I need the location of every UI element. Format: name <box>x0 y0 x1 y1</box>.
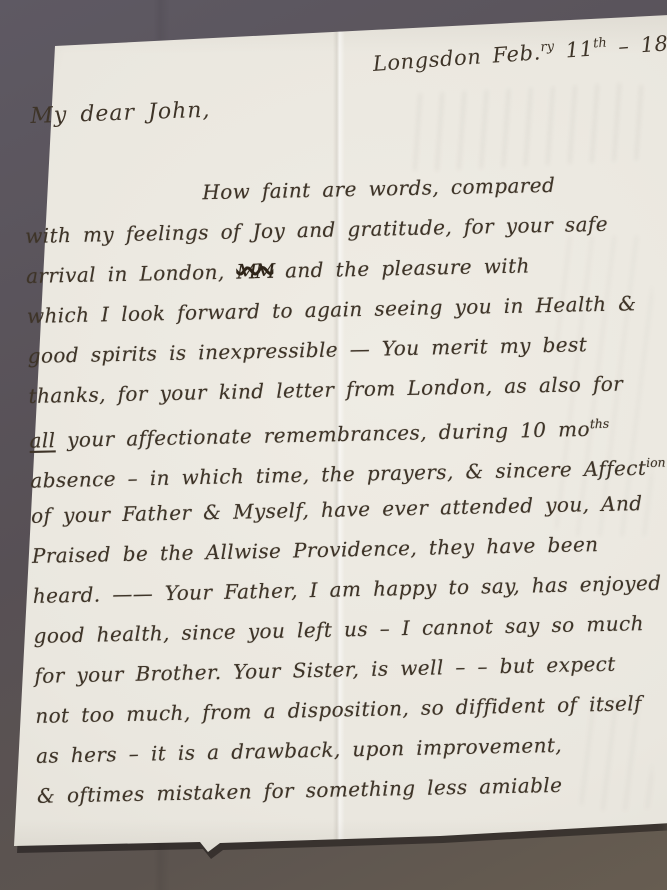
letter-content: Longsdon Feb.ry 11th – 1810 My dear John… <box>0 0 667 890</box>
text-segment: Praised be the Allwise Providence, they … <box>32 532 599 568</box>
text-segment-sup: ry <box>540 39 555 55</box>
photo-backdrop: Longsdon Feb.ry 11th – 1810 My dear John… <box>0 0 667 890</box>
text-segment-sup: ths <box>590 416 610 431</box>
text-segment: good spirits is inexpressible — You meri… <box>28 332 588 368</box>
text-segment-sup: ion <box>646 455 666 470</box>
text-segment: of your Father & Myself, have ever atten… <box>31 491 643 528</box>
text-segment: which I look forward to again seeing you… <box>27 291 637 328</box>
text-segment: with my feelings of Joy and gratitude, f… <box>25 212 608 248</box>
text-segment: thanks, for your kind letter from London… <box>28 372 623 408</box>
text-segment: good health, since you left us – I canno… <box>33 611 644 648</box>
text-segment-scribble: MM <box>236 259 273 284</box>
text-segment: for your Brother. Your Sister, is well –… <box>34 652 616 688</box>
text-segment: & oftimes mistaken for something less am… <box>37 773 563 808</box>
text-segment: as hers – it is a drawback, upon improve… <box>36 733 562 768</box>
text-segment: 11 <box>554 37 595 64</box>
text-segment-underline: all <box>29 428 55 453</box>
text-segment: – 1810 <box>606 29 667 59</box>
letter-dateline: Longsdon Feb.ry 11th – 1810 <box>372 32 653 75</box>
letter-body: How faint are words, comparedwith my fee… <box>24 163 665 816</box>
text-segment: not too much, from a disposition, so dif… <box>35 691 642 728</box>
text-segment: arrival in London, <box>26 260 237 288</box>
letter-salutation: My dear John, <box>30 98 211 129</box>
text-segment: Longsdon Feb. <box>372 40 542 76</box>
text-segment-sup: th <box>593 36 608 52</box>
text-segment: heard. —— Your Father, I am happy to say… <box>33 571 662 608</box>
text-segment: How faint are words, compared <box>202 173 555 204</box>
text-segment: and the pleasure with <box>273 253 530 282</box>
